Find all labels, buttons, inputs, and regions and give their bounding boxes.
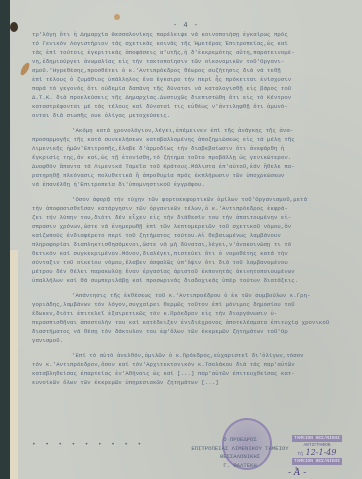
stamp-header: ΤΑΜΕΙΟΝ ΘΕΣ/ΝΙΚΗΣ <box>292 435 342 442</box>
text-line: ἔδωκεν,διότι ἐπιτελεῖ ἐξαιρετικῶς τόν κ.… <box>32 309 358 318</box>
text-line: νη,ἐδημιούργει ἀνωμαλίας εἰς τήν τακτοπο… <box>32 57 358 66</box>
text-line: ὑπαλλήλων καί θά συμπεριλάβῃ καί προσωρι… <box>32 276 358 285</box>
text-line: καίζωπούς ἐνδιαφέρετο περί τοῦ ζητήματος… <box>32 231 358 240</box>
text-line: τόν κ.'Αντιπρόεδρον,ὅσον καί τόν'Αρχιτεκ… <box>32 360 358 369</box>
page-number: - 4 - <box>10 22 362 30</box>
text-line: σπρασιν χρόνων,ὥστε νά ἐνημερωθῇ ἐπί τῶν… <box>32 222 358 231</box>
text-line: 'Απάντησις τῆς ἐκθέσεως τοῦ κ.'Αντιπροέδ… <box>32 291 358 300</box>
paper-edge <box>10 250 18 479</box>
text-line: ευνοϊκῶν ὅλων τῶν ἐκκρεμῶν ὑπηρεσιακῶν ζ… <box>32 378 358 387</box>
text-line: μέτρου δέν θέλει παρακωλύῃ ἔναν ἐργασίας… <box>32 267 358 276</box>
text-line: προσαρμογῆς τῆς κατά συνεκλήσεων καταβαλ… <box>32 135 358 144</box>
text-line: διαστήματος νά θέσῃ τόν δάκτυλον του ἐφ'… <box>32 327 358 336</box>
text-line: γοριάδης,λαμβάνων τόν λόγον,συγχαίρει θε… <box>32 300 358 309</box>
text-line: Λιμενικῆς ἡμῶν'Επιτροπῆς,ἔλαβε δ'ἀρμοδίω… <box>32 144 358 153</box>
text-line: περασπισθῆναι ἀποστολήν του καί κατέδειξ… <box>32 318 358 327</box>
text-line: ζει τήν λύπην του,διότι δέν εἶχεν εἰς τή… <box>32 213 358 222</box>
text-line: νά ἐπανέλθῃ ἡ'Επιτροπεία δι'ὑπομνηστικοῦ… <box>32 180 358 189</box>
rust-stain <box>114 14 120 20</box>
text-line: γανισμοῦ. <box>32 336 358 345</box>
document-body: τρ'λόγη ὅτι ἡ Δημαρχία Θεσσαλονίκης παρέ… <box>32 30 358 387</box>
document-page: - 4 - τρ'λόγη ὅτι ἡ Δημαρχία Θεσσαλονίκη… <box>10 0 362 479</box>
text-line: θετικόν καί συγκεκριμένον.Μόνον,διαλέγει… <box>32 249 358 258</box>
text-line: ονται διά σιωπῆς ουκ ὀλίγας μετοχεύσεις. <box>32 111 358 120</box>
text-line: ἐπί τέλους ὁ ζυμάθιος ὑπάλληλος ἕνα ἔγκα… <box>32 75 358 84</box>
text-line: 'Οσον ἀφορᾷ τήν τύχην τῶν φορτοεκφορτικῶ… <box>32 195 358 204</box>
dotted-leader: • • • • • • • • • <box>32 441 144 448</box>
text-line: τρ'λόγη ὅτι ἡ Δημαρχία Θεσσαλονίκης παρέ… <box>32 30 358 39</box>
text-line: παρά τό γεγονός ὅτι οὐδεμία δαπάνη τῆς δ… <box>32 84 358 93</box>
text-line: τό Γενικόν Λογιστήριον τάς σχετικάς κοιν… <box>32 39 358 48</box>
stamp-footer: ΤΑΜΕΙΟΝ ΘΕΣ/ΝΙΚΗΣ <box>292 458 342 465</box>
text-line: καταστρέφονται μέ τάς τέλους καί δύναταί… <box>32 102 358 111</box>
text-line: 'Επί τό αὐτό ἀνελθόν,ὁμιλῶν ὁ κ.Πρόεδρος… <box>32 351 358 360</box>
text-line: ρατηρηθῇ πλεόνασις πολυθετικά ἤ ἀπροθυμί… <box>32 171 358 180</box>
text-line: τάς ἐπί τούτοις ἐγκριτικάς ἀποφάσεις α'υ… <box>32 48 358 57</box>
text-line: Δ.Τ.Κ. διά προελεύσεις τῆς Δημαρχίας.Δυσ… <box>32 93 358 102</box>
text-line: πληροφορίαι διαπληκτισθησόμενοι,ὥστε νά … <box>32 240 358 249</box>
text-line: τήν ἀποφασισθεῖσαν κατάργησιν τῶν ὀργανι… <box>32 204 358 213</box>
stamp-date: 12-1-49 <box>306 448 337 457</box>
handwritten-initials: - Ἀ - <box>288 468 306 478</box>
text-line: σμοῦ.'Ηγρεθέσης,προσθέτει ὁ κ.'Αντιπρόεδ… <box>32 66 358 75</box>
text-line: Δυοφθόν ἅπαντα τά Λιμενικά Ταμεῖα τοῦ Κρ… <box>32 162 358 171</box>
copy-stamp: ΤΑΜΕΙΟΝ ΘΕΣ/ΝΙΚΗΣ ΑΝΤΙΓΡΑΦΟΝ Τῇ 12-1-49 … <box>272 435 362 465</box>
text-line: σύνταξιν τοῦ οἰκείου νόμου,ἔλαβεν ἀσφαλῶ… <box>32 258 358 267</box>
rust-stain <box>19 61 31 76</box>
text-line: 'Ακόμη κατά χρονολόγιον,λέγει,ἐπέμεινεν … <box>32 126 358 135</box>
text-line: καταβληθείσας ἐπαρτείας ἐν'Αθήναις ὡς κα… <box>32 369 358 378</box>
stamp-date-prefix: Τῇ <box>298 452 303 457</box>
text-line: ἔγκρισίς της,ἄν καί,ὡς τῇ ἐτονίσθη,τό ζή… <box>32 153 358 162</box>
